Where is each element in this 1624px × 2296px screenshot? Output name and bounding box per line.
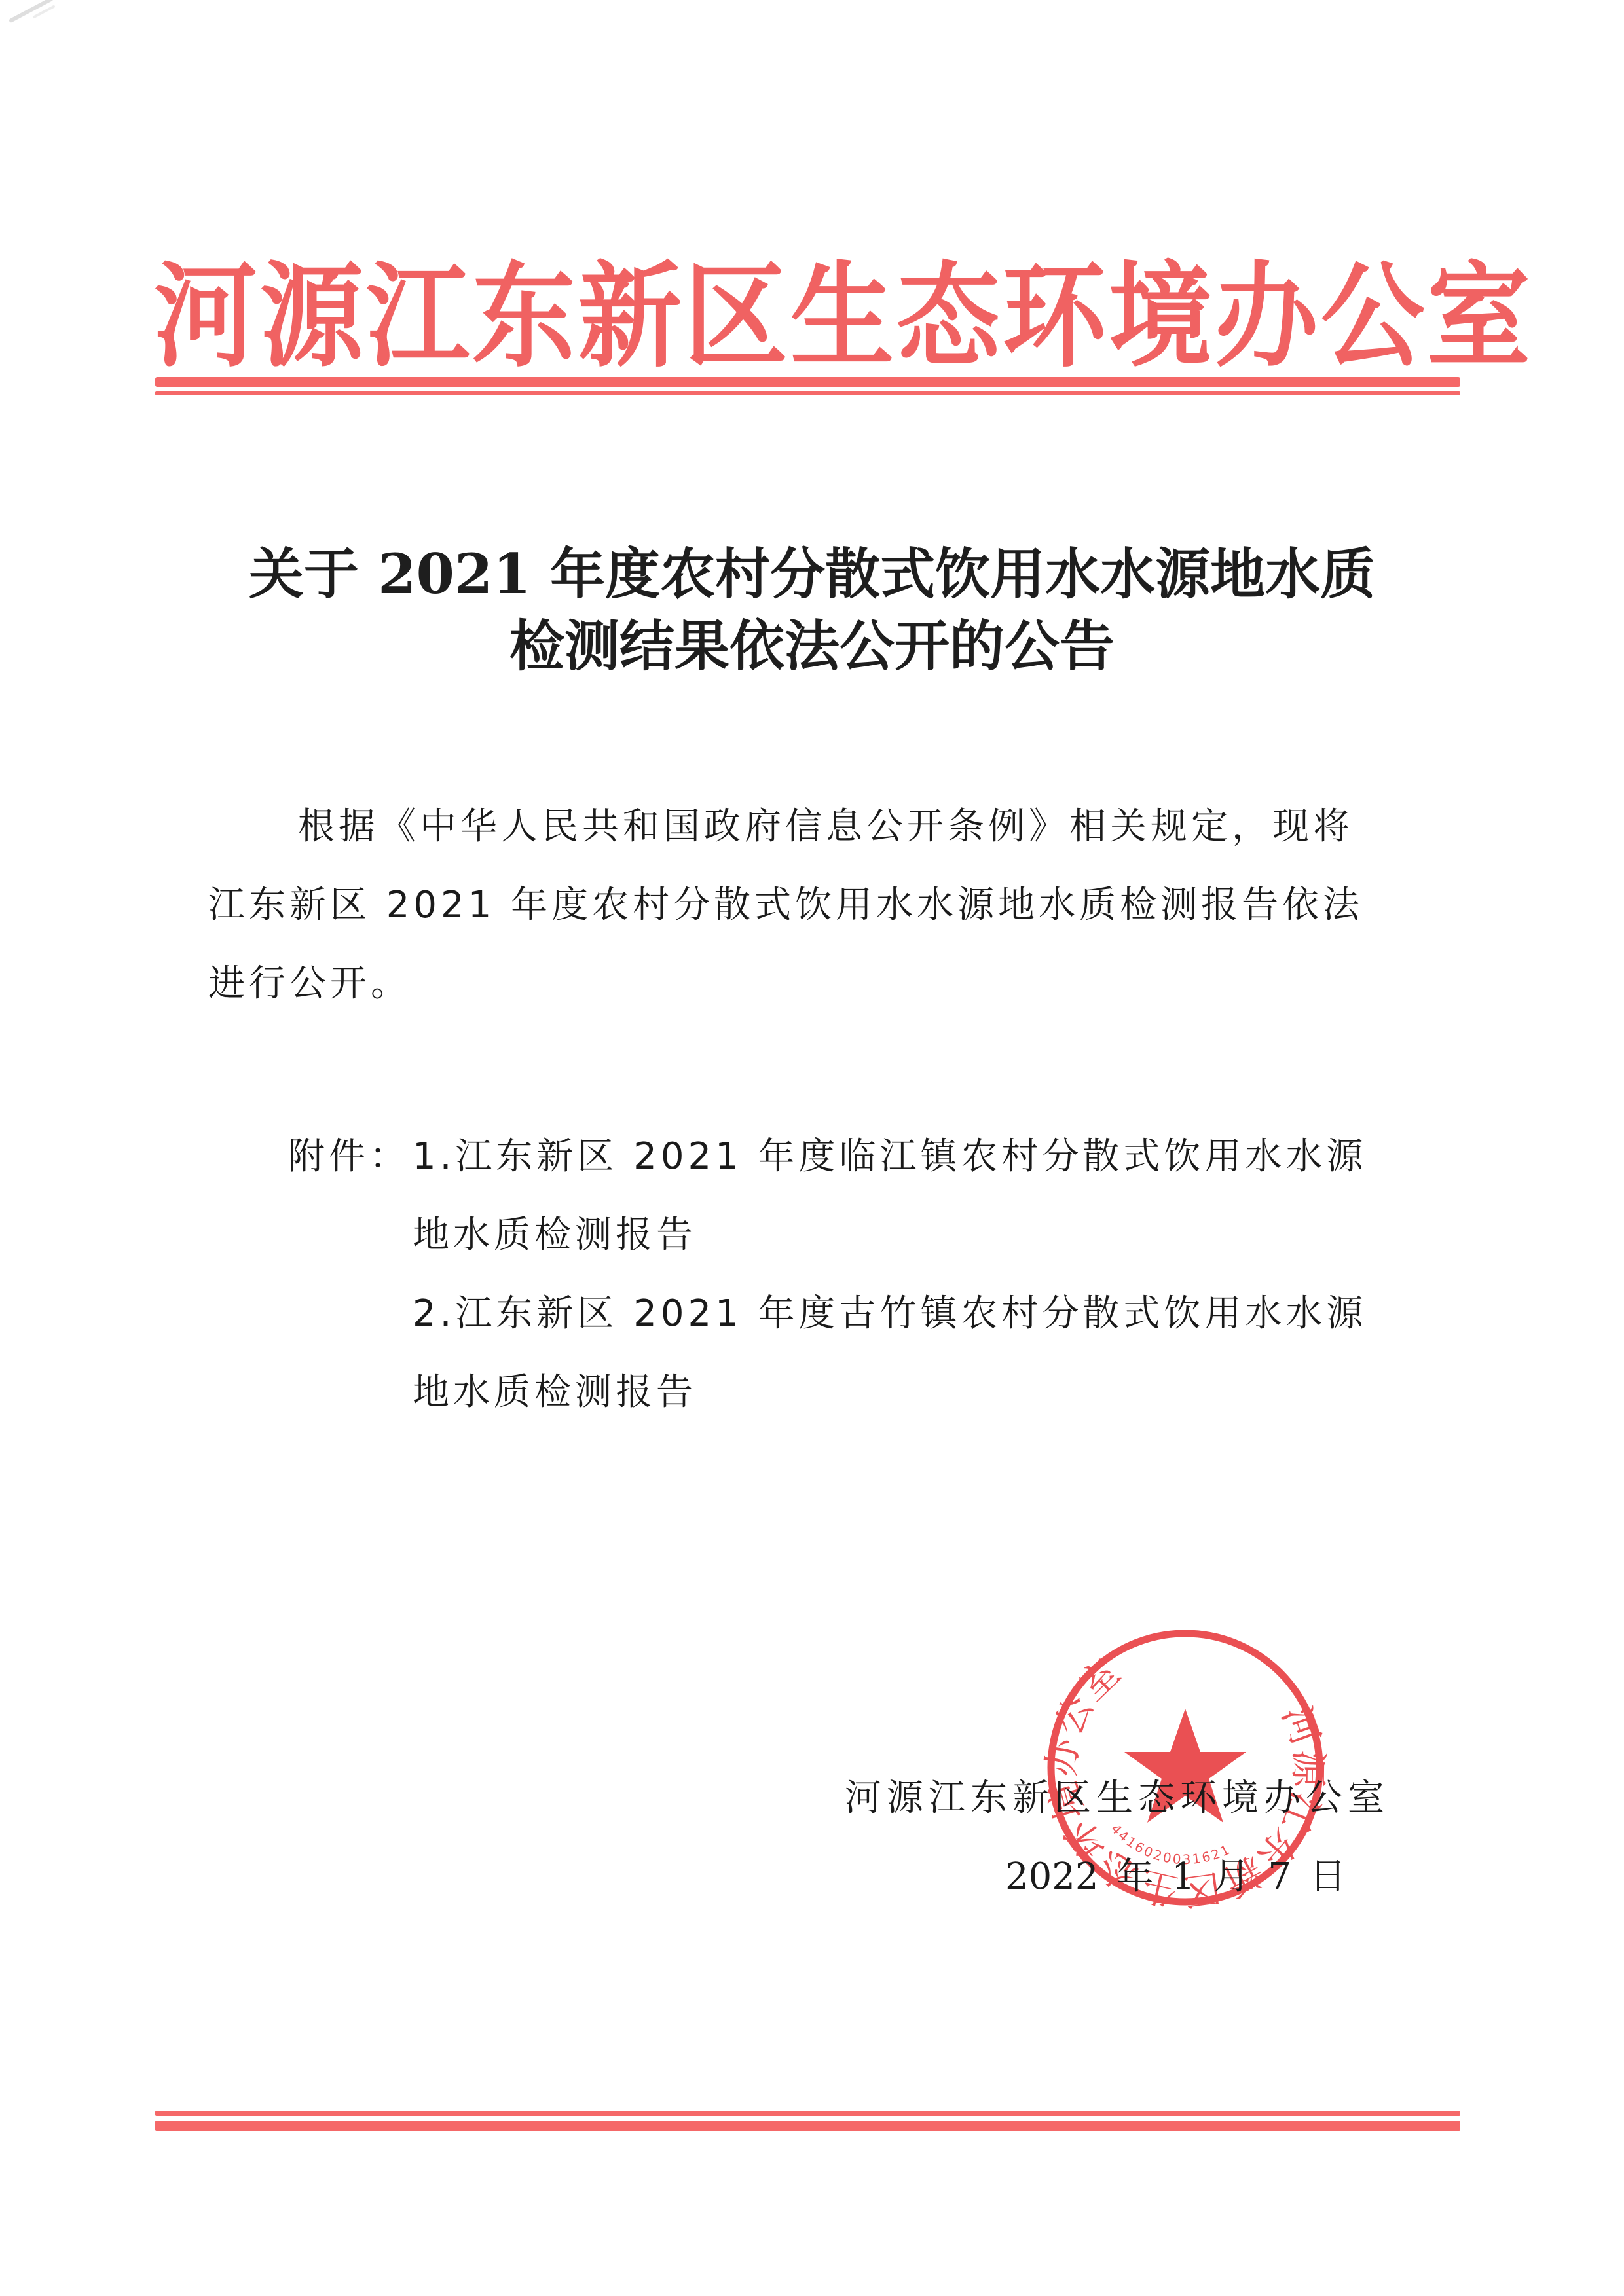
body-paragraph-line-2: 江东新区 2021 年度农村分散式饮用水水源地水质检测报告依法 bbox=[208, 883, 1363, 928]
footer-rule-thick bbox=[155, 2121, 1460, 2131]
letterhead-rule-thick bbox=[155, 377, 1460, 387]
attachment-2-line-2: 地水质检测报告 bbox=[413, 1370, 697, 1415]
signature-date: 2022 年 1 月 7 日 bbox=[1005, 1854, 1346, 1900]
body-paragraph-line-3: 进行公开。 bbox=[208, 961, 411, 1007]
footer-rule-thin bbox=[155, 2111, 1460, 2116]
letterhead-org-name: 河源江东新区生态环境办公室 bbox=[154, 252, 1464, 382]
document-title-line-1: 关于 2021 年度农村分散式饮用水水源地水质 bbox=[157, 538, 1467, 610]
letterhead-rule-thin bbox=[155, 391, 1460, 395]
document-title-line-2: 检测结果依法公开的公告 bbox=[157, 610, 1467, 682]
attachment-1-line-2: 地水质检测报告 bbox=[413, 1212, 697, 1258]
attachment-1-line-1: 1.江东新区 2021 年度临江镇农村分散式饮用水水源 bbox=[413, 1134, 1367, 1180]
attachment-2-line-1: 2.江东新区 2021 年度古竹镇农村分散式饮用水水源 bbox=[413, 1291, 1367, 1337]
signature-org: 河源江东新区生态环境办公室 bbox=[845, 1776, 1390, 1821]
attachments-label: 附件： bbox=[288, 1134, 410, 1180]
body-paragraph-line-1: 根据《中华人民共和国政府信息公开条例》相关规定，现将 bbox=[298, 804, 1354, 850]
